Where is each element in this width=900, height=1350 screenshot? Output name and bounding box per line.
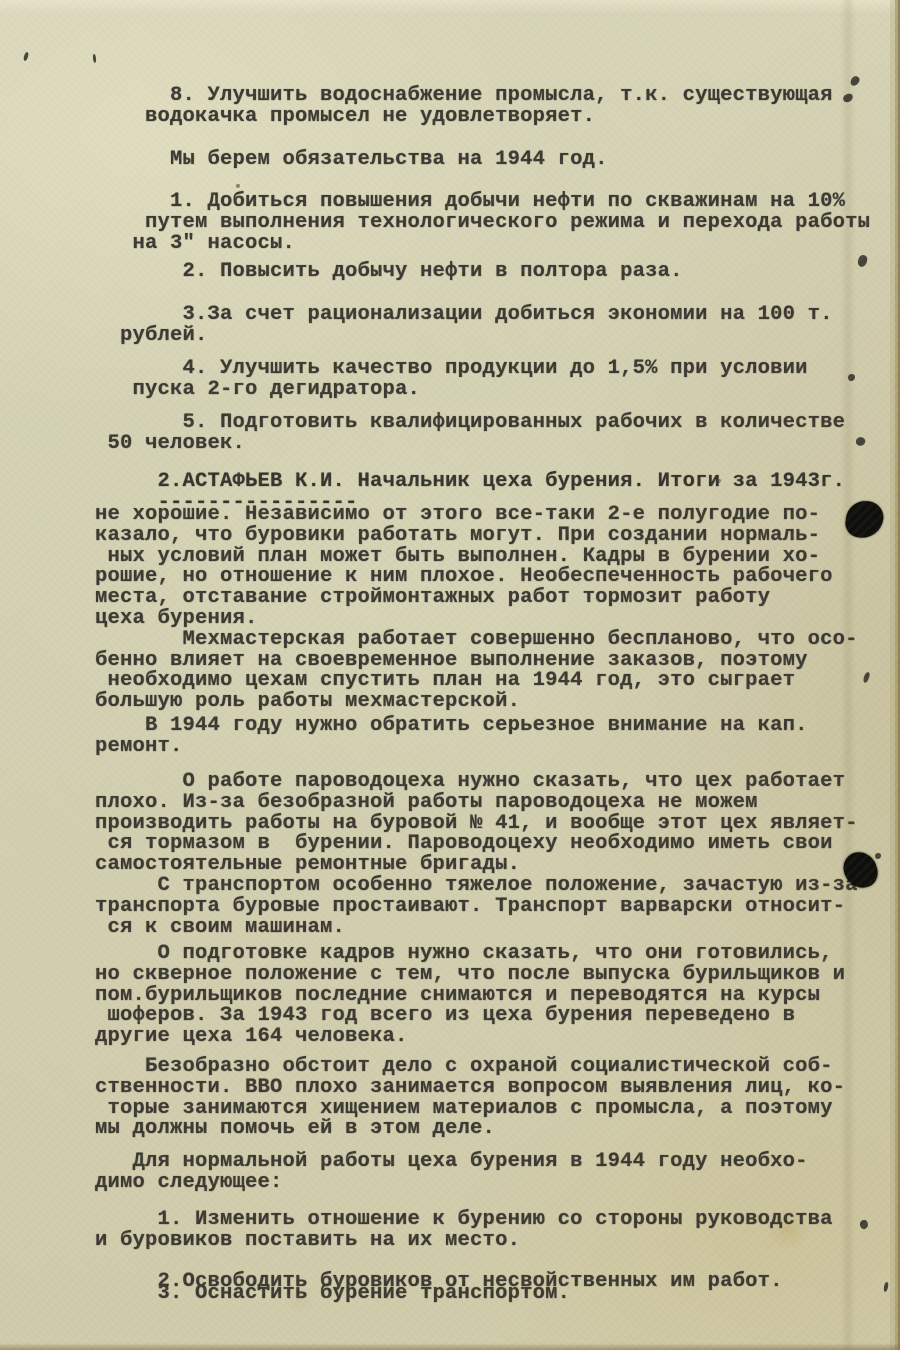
typewritten-paragraph: В 1944 году нужно обратить серьезное вни… bbox=[95, 716, 808, 758]
typewritten-paragraph: 1. Изменить отношение к бурению со сторо… bbox=[95, 1210, 833, 1252]
typewritten-paragraph: 3.За счет рационализации добиться эконом… bbox=[95, 305, 833, 347]
ink-speck bbox=[236, 184, 240, 188]
ink-speck bbox=[859, 1219, 869, 1230]
paper-top-edge bbox=[0, 0, 900, 14]
paper-bottom-edge bbox=[0, 1343, 900, 1350]
scanned-document-page: 8. Улучшить водоснабжение промысла, т.к.… bbox=[0, 0, 900, 1350]
typewritten-paragraph: 2. Повысить добычу нефти в полтора раза. bbox=[95, 262, 683, 283]
typewritten-paragraph: О работе пароводоцеха нужно сказать, что… bbox=[95, 772, 858, 938]
typewritten-paragraph: 3. Оснастить бурение транспортом. bbox=[95, 1284, 570, 1305]
ink-speck bbox=[883, 1282, 888, 1292]
typewritten-paragraph: 8. Улучшить водоснабжение промысла, т.к.… bbox=[95, 86, 833, 128]
paper-right-edge bbox=[890, 0, 900, 1350]
ink-speck bbox=[857, 254, 868, 267]
typewritten-paragraph: Мы берем обязательства на 1944 год. bbox=[95, 150, 608, 171]
ink-speck bbox=[854, 435, 867, 448]
typewritten-paragraph: 5. Подготовить квалифицированных рабочих… bbox=[95, 413, 845, 455]
typewritten-paragraph: Безобразно обстоит дело с охраной социал… bbox=[95, 1057, 845, 1140]
typewritten-paragraph: 1. Добиться повышения добычи нефти по ск… bbox=[95, 192, 870, 254]
ink-speck bbox=[92, 54, 96, 63]
typewritten-paragraph: Для нормальной работы цеха бурения в 194… bbox=[95, 1152, 808, 1194]
ink-speck bbox=[23, 52, 29, 62]
typewritten-paragraph: не хорошие. Независимо от этого все-таки… bbox=[95, 505, 858, 713]
typewritten-paragraph: О подготовке кадров нужно сказать, что о… bbox=[95, 944, 845, 1048]
typewritten-paragraph: 4. Улучшить качество продукции до 1,5% п… bbox=[95, 359, 808, 401]
ink-speck bbox=[875, 853, 881, 859]
ink-speck bbox=[862, 671, 870, 683]
